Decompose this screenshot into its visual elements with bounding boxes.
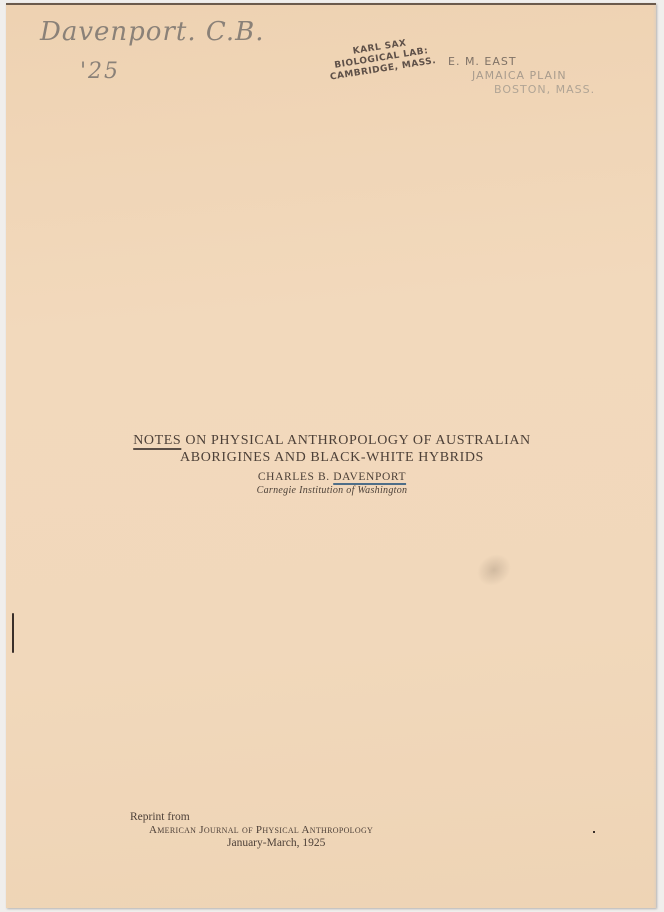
title-line-2: ABORIGINES AND BLACK-WHITE HYBRIDS bbox=[0, 449, 664, 466]
author: CHARLES B. DAVENPORT bbox=[0, 471, 664, 483]
author-surname: DAVENPORT bbox=[333, 471, 406, 483]
title-line-1: NOTES ON PHYSICAL ANTHROPOLOGY OF AUSTRA… bbox=[0, 432, 664, 449]
stamp-east-line: BOSTON, MASS. bbox=[494, 83, 595, 97]
title-line-1-rest: ON PHYSICAL ANTHROPOLOGY OF AUSTRALIAN bbox=[181, 433, 530, 448]
publication-date: January-March, 1925 bbox=[227, 837, 373, 850]
stamp-east-line: JAMAICA PLAIN bbox=[472, 69, 595, 83]
staple bbox=[12, 613, 14, 653]
reprint-label: Reprint from bbox=[130, 811, 190, 823]
stamp-karl-sax: KARL SAX BIOLOGICAL LAB: CAMBRIDGE, MASS… bbox=[326, 34, 437, 83]
handwritten-name: Davenport. C.B. bbox=[40, 17, 264, 47]
title-underlined-word: NOTES bbox=[133, 433, 181, 448]
speck-mark bbox=[593, 831, 595, 833]
title-block: NOTES ON PHYSICAL ANTHROPOLOGY OF AUSTRA… bbox=[0, 432, 664, 496]
author-affiliation: Carnegie Institution of Washington bbox=[0, 485, 664, 496]
stamp-em-east: E. M. EAST JAMAICA PLAIN BOSTON, MASS. bbox=[446, 55, 595, 97]
stamp-east-line: E. M. EAST bbox=[448, 55, 595, 69]
author-prefix: CHARLES B. bbox=[258, 471, 333, 483]
stain-mark bbox=[471, 547, 518, 592]
handwritten-year: '25 bbox=[80, 59, 120, 84]
reprint-info: Reprint from American Journal of Physica… bbox=[130, 811, 373, 850]
journal-name: American Journal of Physical Anthropolog… bbox=[149, 824, 373, 837]
